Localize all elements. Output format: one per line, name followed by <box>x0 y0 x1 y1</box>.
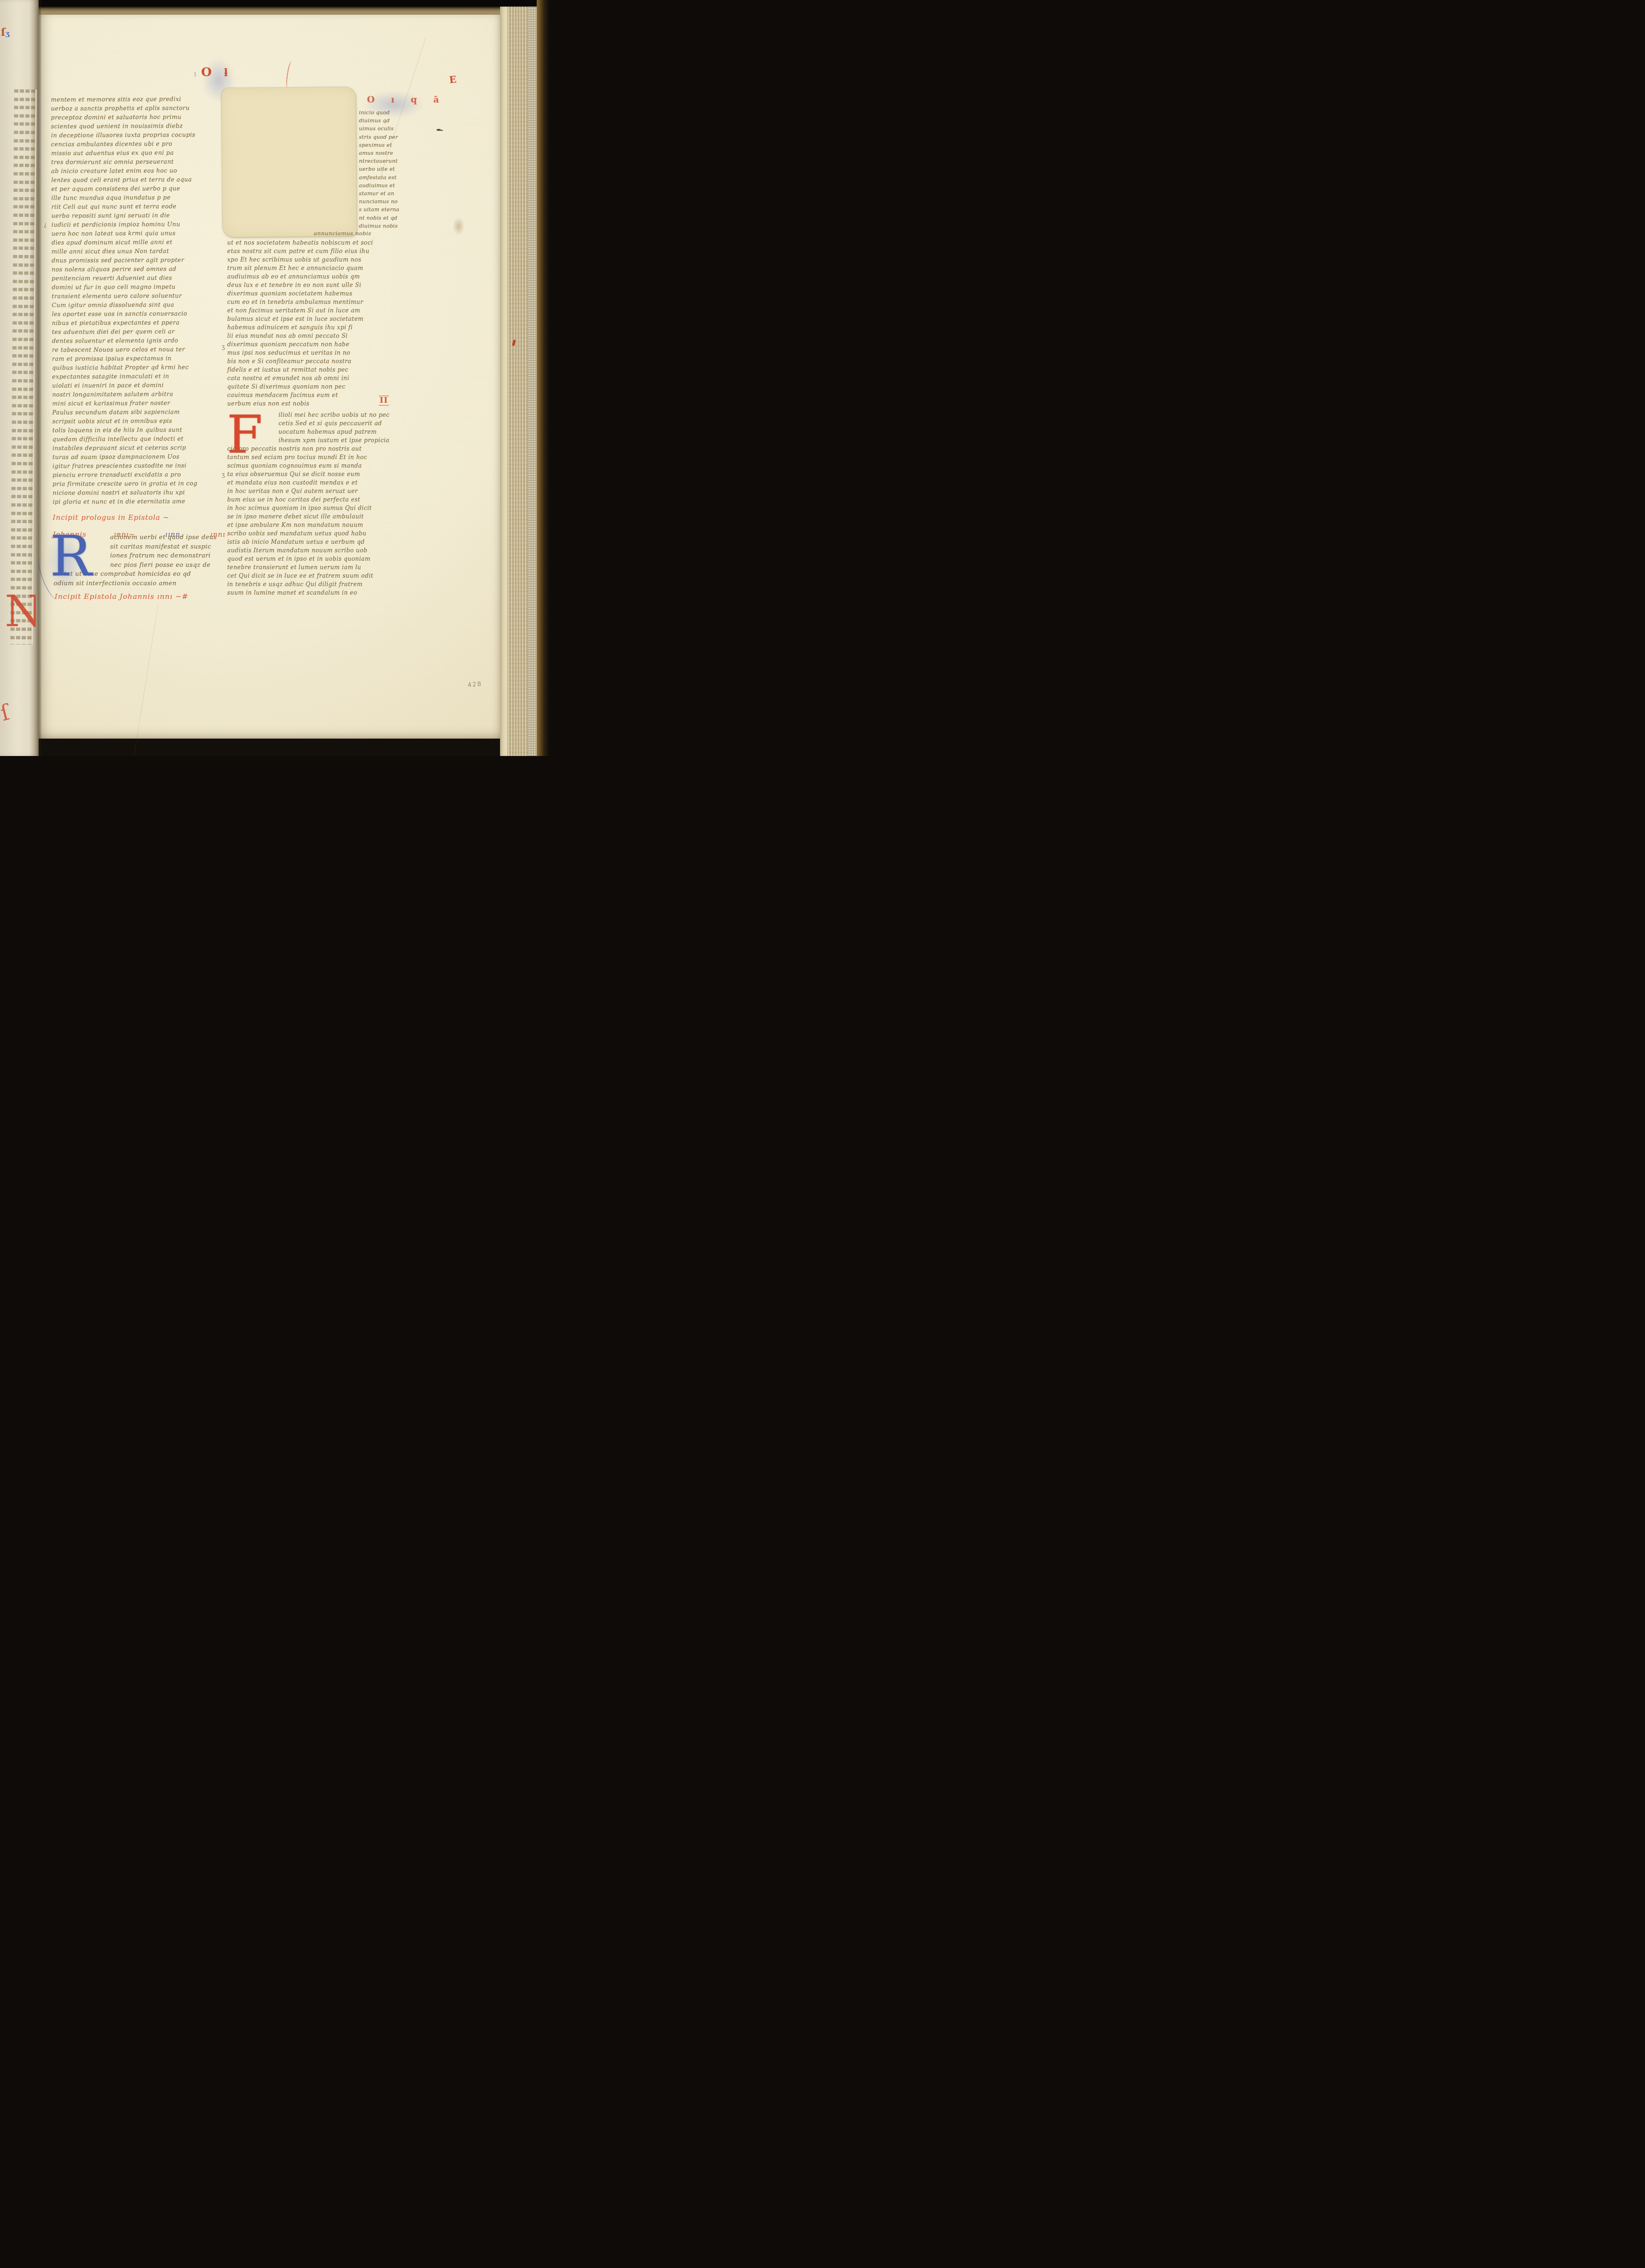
text-line: amfestata est <box>359 174 404 182</box>
right-column-full-lines: ut et nos societatem habeatis nobiscum e… <box>227 239 404 408</box>
text-line: dies apud dominum sicut mille anni et <box>51 237 226 247</box>
text-line: s uitam eterna <box>359 206 404 214</box>
right-column-bridge-line: annunciamus nobis <box>314 230 371 238</box>
text-line: ihesum xpm iustum et ipse propicia <box>278 436 405 445</box>
text-line: trum sit plenum Et hec e annunciacio qua… <box>227 264 404 272</box>
text-line: et mandata eius non custodit mendax e et <box>227 478 404 487</box>
text-line: xpo Et hec scribimus uobis ut gaudium no… <box>227 255 404 264</box>
facing-page-red-flourish: ſ <box>0 701 11 724</box>
parchment-stain <box>453 217 465 236</box>
red-pen-squiggle <box>285 60 295 88</box>
text-line: se in ipso manere debet sicut ille ambul… <box>227 512 404 521</box>
text-line: bum eius ue in hoc caritas dei perfecta … <box>227 495 404 504</box>
text-line: fidelis e et iustus ut remittat nobis pe… <box>227 366 404 374</box>
text-line: pienciu errore transducti excidatis a pr… <box>53 470 228 479</box>
ink-dots <box>437 129 441 131</box>
text-line: cata nostra et emundet nos ab omni ini <box>227 374 404 382</box>
text-line: habemus adinuicem et sanguis ihu xpi fi <box>227 323 404 332</box>
underlying-page-edge <box>500 7 508 756</box>
text-line: nec pios fieri posse eo usqz de <box>110 561 228 570</box>
running-title-letter-o: O <box>201 65 212 80</box>
text-line: dnus promissis sed pacienter agit propte… <box>52 255 227 265</box>
page-edges-stack <box>508 7 528 756</box>
text-line: iones fratrum nec demonstrari <box>110 551 228 561</box>
text-line: nunciamus no <box>359 198 404 206</box>
text-line: in deceptione illusores iuxta proprias c… <box>51 130 226 140</box>
text-line: audiuimus ab eo et annunciamus uobis qm <box>227 272 404 281</box>
text-line: ut et nos societatem habeatis nobiscum e… <box>227 239 404 247</box>
text-line: quod est uerum et in ipso et in uobis qu… <box>227 555 404 563</box>
right-column-tail-lines: cio pro peccatis nostris non pro nostris… <box>227 445 404 597</box>
text-line: Cum igitur omnia dissoluenda sint qua <box>52 300 227 310</box>
right-column-initial-lines: ilioli mei hec scribo uobis ut no peccet… <box>278 411 405 445</box>
text-line: uimus oculis <box>359 125 404 133</box>
blue-letter-fragment: ʒ <box>5 29 9 38</box>
text-line: uiolati ei inueniri in pace et domini <box>52 380 227 390</box>
text-line: suum in lumine manet et scandalum in eo <box>227 589 404 597</box>
text-line: penitenciam reuerti Adueniet aut dies <box>52 273 227 283</box>
text-line: speximus et <box>359 141 404 149</box>
text-line: instabiles deprauant sicut et ceteras sc… <box>52 443 227 453</box>
text-line: ilioli mei hec scribo uobis ut no pec <box>278 411 405 419</box>
text-line: nicione domini nostri et saluatoris ihu … <box>53 487 228 497</box>
parchment-crease <box>134 604 159 756</box>
text-line: uocatum habemus apud patrem <box>278 428 405 436</box>
text-line: lentes quod celi erant prius et terra de… <box>51 175 226 184</box>
text-line: tantum sed eciam pro tocius mundi Et in … <box>227 453 404 462</box>
text-line: uerboz a sanctis prophetis et aplis sanc… <box>51 103 226 113</box>
text-line: acionem uerbi et quod ipse deus <box>110 533 228 542</box>
text-line: dentes soluentur et elementa ignis ardo <box>52 335 227 345</box>
text-line: bis non e Si confiteamur peccata nostra <box>227 357 404 366</box>
text-line: in hoc ueritas non e Qui autem seruat ue… <box>227 487 404 495</box>
text-line: nos nolens aliquos perire sed omnes ad <box>52 264 227 274</box>
text-line: missio aut aduentus eius ex quo eni pa <box>51 148 226 158</box>
gutter-paraph-mark: ¿ <box>44 222 47 228</box>
text-line: cauimus mendacem facimus eum et <box>227 391 404 399</box>
facing-page-title-fragment: ſʒ <box>1 27 9 38</box>
chapter-numeral-II: II <box>379 396 389 406</box>
text-line: ntrectauerunt <box>359 157 404 165</box>
text-line: turas ad suam ipsoz dampnacionem Uos <box>52 452 227 462</box>
text-line: inicio quod <box>359 109 404 117</box>
text-line: quedam difficilia intellectu que indocti… <box>52 434 227 444</box>
manuscript-photo: ıOƚ E O ı q ā mentem et memores sitis eo… <box>0 0 548 756</box>
epistle-incipit-rubric: Incipit Epistola Johannis ınnı ~# <box>55 592 188 601</box>
column-paraph-mark: ʒ <box>222 472 225 478</box>
text-line: tres dormierunt sic omnia perseuerant <box>51 157 226 167</box>
text-line: ta eius obseruemus Qui se dicit nosse eu… <box>227 470 404 478</box>
text-line: nibus et pietatibus expectantes et ppera <box>52 318 227 327</box>
text-line: cio pro peccatis nostris non pro nostris… <box>227 445 404 453</box>
running-title-right-letter: E <box>449 74 457 84</box>
column-paraph-mark: ʒ <box>222 344 225 350</box>
facing-page-red-initial: N <box>5 589 36 641</box>
text-line: Paulus secundum datam sibi sapienciam <box>52 407 227 417</box>
text-line: tes aduentum diei dei per quem celi ar <box>52 326 227 336</box>
text-line: ab inicio creature latet enim eos hoc uo <box>51 166 226 175</box>
manuscript-page: ıOƚ E O ı q ā mentem et memores sitis eo… <box>39 15 500 739</box>
black-backdrop <box>39 0 548 7</box>
text-line: mentem et memores sitis eoz que predixi <box>51 94 226 104</box>
text-line: scientes quod uenient in nouissimis dieb… <box>51 121 226 131</box>
prologue-indented-lines: acionem uerbi et quod ipse deussit carit… <box>110 533 228 570</box>
text-line: diuimus nobis <box>359 222 404 230</box>
text-line: cet Qui dicit se in luce ee et fratrem s… <box>227 572 404 580</box>
text-line: transient elementa uero calore soluentur <box>52 291 227 301</box>
text-line: nostri longanimitatem salutem arbitra <box>52 389 227 399</box>
text-line: expectantes satagite inmaculati et in <box>52 371 227 381</box>
text-line: preceptoz domini et saluatoris hoc primu <box>51 112 226 122</box>
text-line: cum eo et in tenebris ambulamus mentimur <box>227 298 404 306</box>
text-line: diuimus qd <box>359 117 404 125</box>
text-line: dixerimus quoniam peccatum non habe <box>227 340 404 349</box>
text-line: tenebre transierunt et lumen uerum iam l… <box>227 563 404 572</box>
text-line: amus nostre <box>359 149 404 157</box>
prologue-incipit-rubric: Incipit prologus in Epistola ~ <box>53 513 169 522</box>
smudged-title-letters: O ı q ā <box>367 95 445 104</box>
text-line: et per aquam consistens dei uerbo p que <box>51 183 226 193</box>
text-line: ille tunc mundus aqua inundatus p pe <box>51 192 226 202</box>
text-line: dixerimus quoniam societatem habemus <box>227 289 404 298</box>
text-line: pria firmitate crescite uero in gratia e… <box>53 478 228 488</box>
text-line: cetis Sed et si quis peccauerit ad <box>278 419 405 428</box>
text-line: domini ut fur in quo celi magno impetu <box>52 282 227 292</box>
text-line: riit Celi aut qui nunc sunt et terra eod… <box>51 201 226 211</box>
text-line: mus ipsi nos seducimus et ueritas in no <box>227 349 404 357</box>
left-text-column: mentem et memores sitis eoz que predixiu… <box>51 94 228 506</box>
prologue-initial-R: R <box>50 528 92 584</box>
text-line: mini sicut et karissimus frater noster <box>52 398 227 408</box>
text-line: bulamus sicut et ipse est in luce societ… <box>227 315 404 323</box>
text-line: lii eius mundat nos ab omni peccato Si <box>227 332 404 340</box>
text-line: stamur et an <box>359 190 404 198</box>
text-line: scimus quoniam cognouimus eum si manda <box>227 462 404 470</box>
text-line: uero hoc non lateat uos krmi quia unus <box>51 228 226 238</box>
running-title-center: ıOƚ <box>194 66 228 79</box>
text-line: ipi gloria et nunc et in die eternitatis… <box>53 496 228 506</box>
text-line: uerbo repositi sunt igni seruati in die <box>51 210 226 220</box>
running-title-cross-letter: ƚ <box>224 67 228 79</box>
text-line: les oportet esse uos in sanctis conuersa… <box>52 309 227 318</box>
binding-textile-band <box>528 7 537 756</box>
text-line: scripsit uobis sicut et in omnibus epis <box>52 416 227 426</box>
text-line: sit caritas manifestat et suspic <box>110 542 228 552</box>
text-line: in hoc scimus quoniam in ipso sumus Qui … <box>227 504 404 512</box>
text-line: igitur fratres prescientes custodite ne … <box>52 461 227 470</box>
text-line: deus lux e et tenebre in eo non sunt ull… <box>227 281 404 289</box>
vellum-repair-patch <box>222 87 357 237</box>
running-title-faint-letter: ı <box>194 69 196 79</box>
text-line: quibus iusticia habitat Propter qd krmi … <box>52 362 227 372</box>
text-line: audistis Iterum mandatum nouum scribo uo… <box>227 546 404 555</box>
text-line: re tabescent Nouos uero celos et noua te… <box>52 344 227 354</box>
text-line: scribo uobis sed mandatum uetus quod hab… <box>227 529 404 538</box>
facing-page-sliver: ſʒ N ſ <box>0 0 39 756</box>
text-line: tolis loquens in eis de hiis In quibus s… <box>52 425 227 435</box>
text-line: quitate Si dixerimus quoniam non pec <box>227 382 404 391</box>
text-line: et ipse ambulare Km non mandatum nouum <box>227 521 404 529</box>
text-line: stris quod per <box>359 133 404 141</box>
text-line: et non facimus ueritatem Si aut in luce … <box>227 306 404 315</box>
facing-page-text-strip <box>10 89 37 645</box>
text-line: nt nobis et qd <box>359 214 404 222</box>
text-line: in tenebris e usqz adhuc Qui diligit fra… <box>227 580 404 589</box>
right-column-partial-lines: inicio quoddiuimus qduimus oculisstris q… <box>359 109 404 230</box>
text-line: mille anni sicut dies unus Non tardat <box>52 246 227 256</box>
text-line: ram et promissa ipsius expectamus in <box>52 353 227 363</box>
text-line: etas nostra sit cum patre et cum filio e… <box>227 247 404 255</box>
text-line: audiuimus et <box>359 182 404 190</box>
text-line: iudicii et perdicionis impioz hominu Unu <box>51 219 226 229</box>
text-line: istis ab inicio Mandatum uetus e uerbum … <box>227 538 404 546</box>
folio-number: 428 <box>467 681 482 688</box>
book-cover-board <box>537 0 548 756</box>
text-line: uerbo uite et <box>359 165 404 173</box>
text-line: cencias ambulantes dicentes ubi e pro <box>51 139 226 149</box>
